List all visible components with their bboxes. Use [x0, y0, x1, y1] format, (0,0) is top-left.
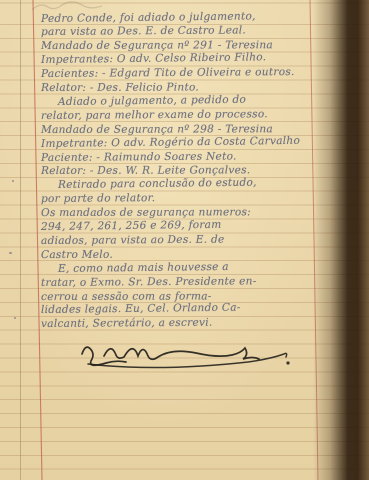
- signature: [60, 332, 320, 374]
- ledger-page: Pedro Conde, foi adiado o julgamento,par…: [0, 0, 369, 480]
- gutter-shadow: [313, 0, 369, 480]
- handwriting-line: cerrou a sessão com as forma-: [41, 290, 212, 303]
- handwriting-line: por parte do relator.: [41, 192, 155, 205]
- handwriting-line: Adiado o julgamento, a pedido do: [58, 94, 246, 108]
- handwriting-line: tratar, o Exmo. Sr. Des. Presidente en-: [41, 275, 257, 289]
- handwriting-line: Impetrante: O adv. Rogério da Costa Carv…: [41, 134, 300, 149]
- handwriting-line: adiados, para vista ao Des. E. de: [41, 233, 225, 246]
- handwriting-line: E, como nada mais houvesse a: [58, 261, 229, 275]
- handwriting-line: Retirado para conclusão do estudo,: [58, 177, 257, 191]
- ink-dot: [9, 252, 12, 254]
- handwriting-line: Castro Melo.: [41, 249, 113, 261]
- handwriting-line: Pedro Conde, foi adiado o julgamento,: [41, 10, 256, 25]
- handwriting-line: Paciente: - Raimundo Soares Neto.: [41, 150, 237, 164]
- handwriting-line: Impetrantes: O adv. Celso Ribeiro Filho.: [41, 51, 266, 66]
- handwriting-line: Relator: - Des. W. R. Leite Gonçalves.: [41, 165, 250, 178]
- handwriting-line: lidades legais. Eu, Cel. Orlando Ca-: [41, 302, 241, 316]
- handwriting-line: Mandado de Segurança nº 298 - Teresina: [41, 123, 273, 136]
- handwriting-line: 294, 247, 261, 256 e 269, foram: [41, 219, 222, 233]
- handwriting-line: relator, para melhor exame do processo.: [41, 108, 268, 122]
- ink-dot: [14, 317, 16, 319]
- handwriting-line: para vista ao Des. E. de Castro Leal.: [41, 25, 246, 39]
- handwriting-line: valcanti, Secretário, a escrevi.: [41, 317, 213, 330]
- handwriting-line: Relator: - Des. Felicio Pinto.: [41, 81, 199, 94]
- handwriting-line: Mandado de Segurança nº 291 - Teresina: [41, 39, 273, 52]
- handwriting-line: Pacientes: - Edgard Tito de Oliveira e o…: [41, 66, 295, 80]
- handwriting-line: Os mandados de segurança numeros:: [41, 206, 251, 219]
- ink-dot: [12, 180, 14, 182]
